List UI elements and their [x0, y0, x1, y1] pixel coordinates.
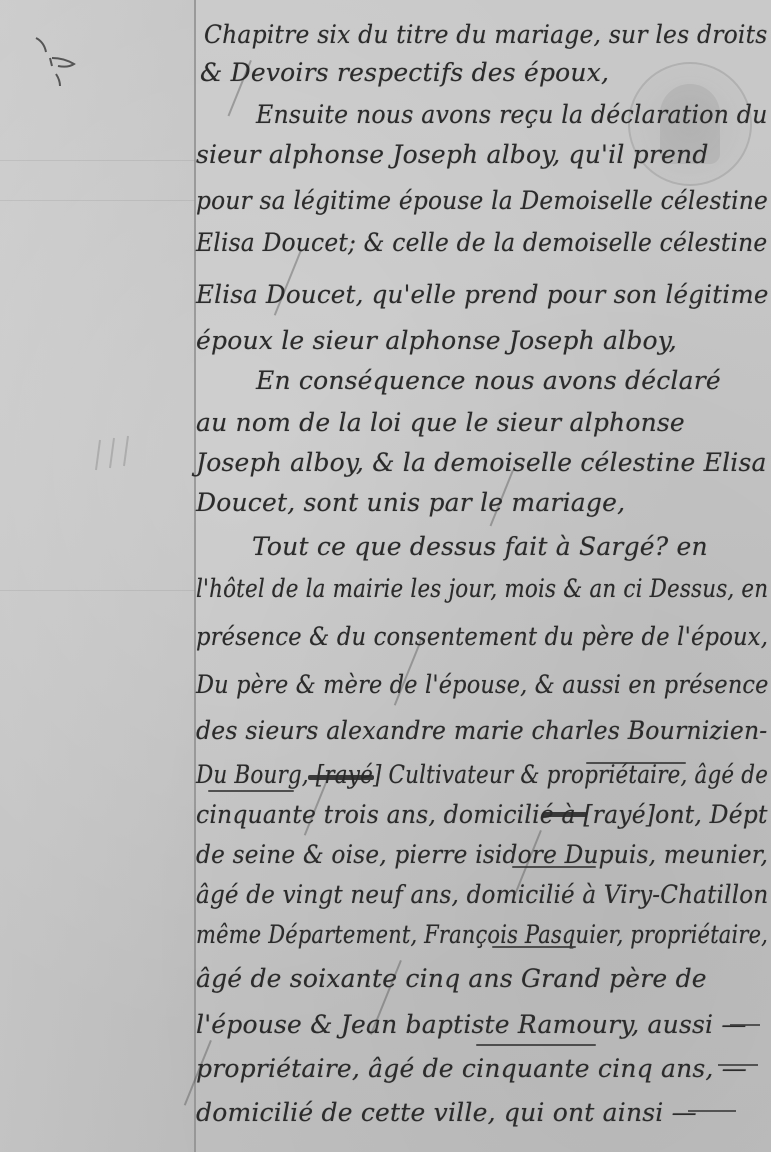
manuscript-line: cinquante trois ans, domicilié à [rayé]o… [196, 800, 768, 829]
name-underline [492, 946, 576, 948]
line-fill-dash [730, 1024, 760, 1026]
manuscript-line: Doucet, sont unis par le mariage, [196, 488, 625, 517]
fold-line [0, 160, 195, 161]
manuscript-line: Joseph alboy, & la demoiselle célestine … [196, 448, 767, 477]
manuscript-line: présence & du consentement du père de l'… [196, 622, 768, 651]
manuscript-line: pour sa légitime épouse la Demoiselle cé… [196, 186, 768, 215]
name-underline [476, 1044, 596, 1046]
manuscript-line: âgé de vingt neuf ans, domicilié à Viry-… [196, 880, 768, 909]
manuscript-line: âgé de soixante cinq ans Grand père de [196, 964, 707, 993]
manuscript-line: au nom de la loi que le sieur alphonse [196, 408, 685, 437]
crossed-out-word [543, 812, 587, 817]
crossed-out-word [308, 775, 374, 780]
manuscript-line: Ensuite nous avons reçu la déclaration d… [256, 100, 768, 129]
manuscript-line: Chapitre six du titre du mariage, sur le… [204, 20, 767, 49]
manuscript-line: Elisa Doucet, qu'elle prend pour son lég… [196, 280, 769, 309]
line-fill-dash [688, 1110, 736, 1112]
manuscript-line: des sieurs alexandre marie charles Bourn… [196, 716, 767, 745]
bleed-through-marks-icon [90, 430, 140, 480]
fold-line [0, 200, 195, 201]
manuscript-line: & Devoirs respectifs des époux, [200, 58, 609, 87]
manuscript-line: Tout ce que dessus fait à Sargé? en [252, 532, 708, 561]
flourish-mark-icon [34, 36, 84, 96]
manuscript-line: sieur alphonse Joseph alboy, qu'il prend [196, 140, 709, 169]
manuscript-line: même Département, François Pasquier, pro… [196, 920, 768, 949]
manuscript-line: Du père & mère de l'épouse, & aussi en p… [196, 670, 769, 699]
manuscript-line: En conséquence nous avons déclaré [256, 366, 721, 395]
name-underline [512, 866, 596, 868]
document-page: Chapitre six du titre du mariage, sur le… [0, 0, 771, 1152]
manuscript-line: domicilié de cette ville, qui ont ainsi … [196, 1098, 697, 1127]
left-margin [0, 0, 194, 1152]
manuscript-line: l'épouse & Jean baptiste Ramoury, aussi … [196, 1010, 747, 1039]
manuscript-line: propriétaire, âgé de cinquante cinq ans,… [196, 1054, 747, 1083]
manuscript-line: Elisa Doucet; & celle de la demoiselle c… [196, 228, 767, 257]
line-fill-dash [718, 1064, 758, 1066]
manuscript-line: de seine & oise, pierre isidore Dupuis, … [196, 840, 768, 869]
overline-mark [586, 762, 686, 764]
name-underline [208, 790, 294, 792]
manuscript-line: époux le sieur alphonse Joseph alboy, [196, 326, 677, 355]
manuscript-line: Du Bourg, [rayé] Cultivateur & propriéta… [196, 760, 768, 789]
fold-line [0, 590, 195, 591]
manuscript-line: l'hôtel de la mairie les jour, mois & an… [196, 574, 768, 603]
